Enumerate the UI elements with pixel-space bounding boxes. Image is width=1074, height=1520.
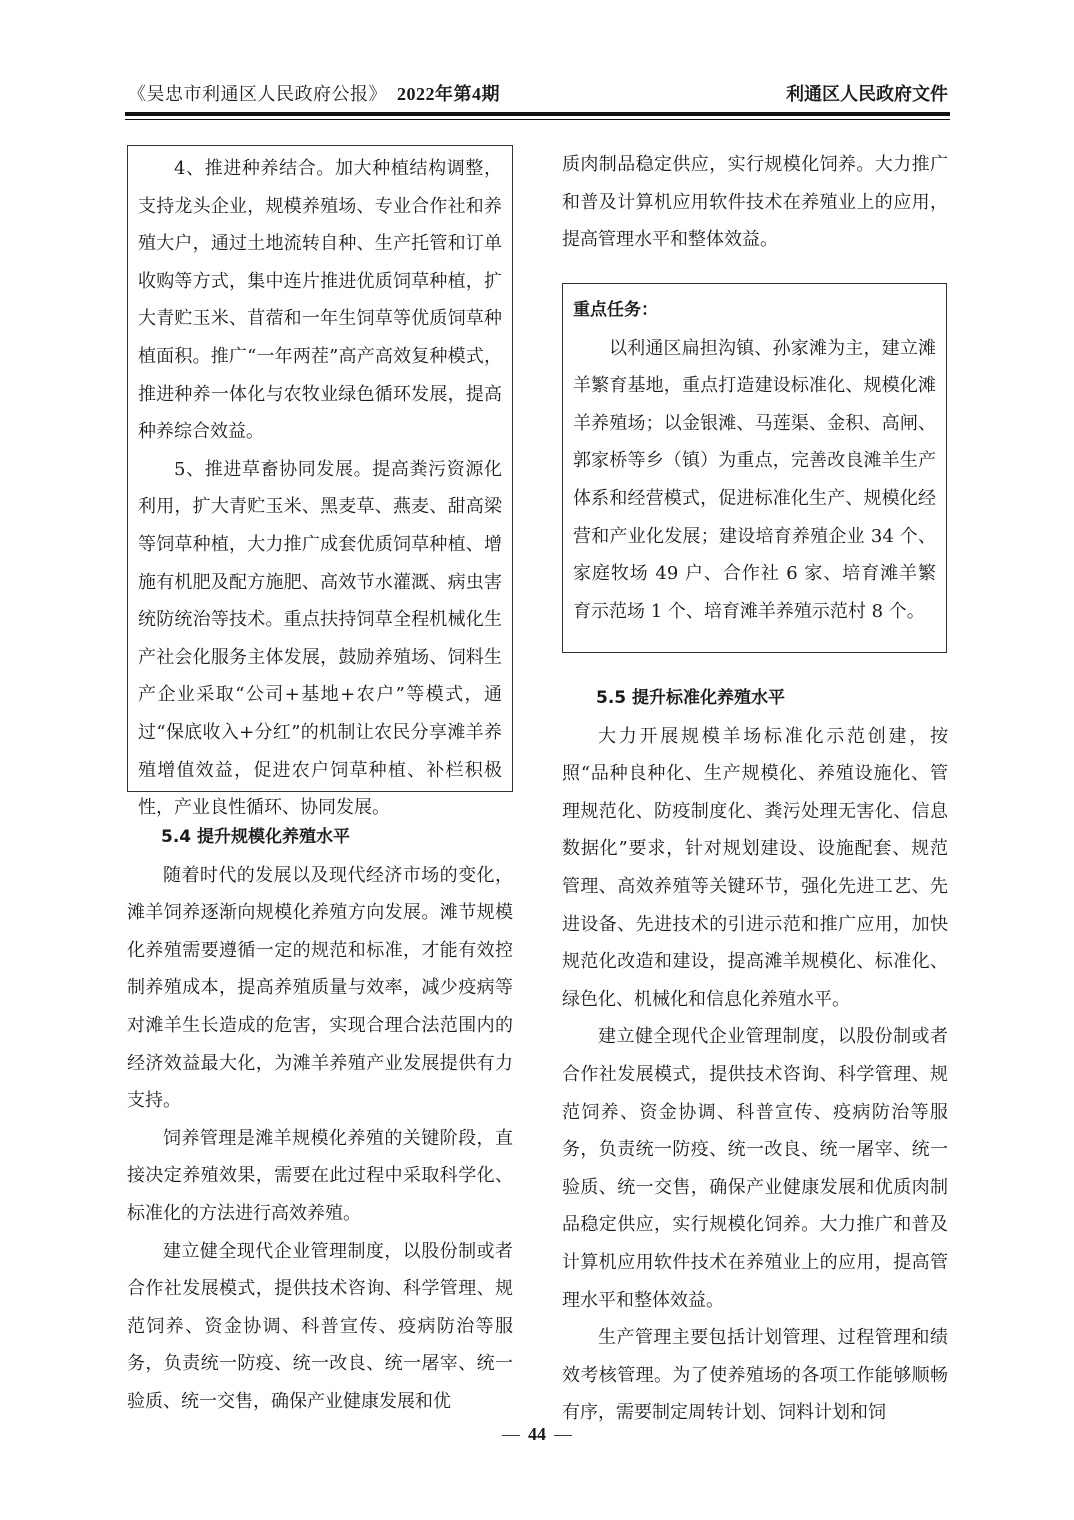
right-column-continuation: 质肉制品稳定供应，实行规模化饲养。大力推广和普及计算机应用软件技术在养殖业上的应… [562,146,948,259]
running-header: 《吴忠市利通区人民政府公报》2022年第4期 利通区人民政府文件 [128,76,948,112]
left-boxed-text: 4、推进种养结合。加大种植结构调整，支持龙头企业，规模养殖场、专业合作社和养殖大… [127,145,513,792]
body-paragraph-continued: 质肉制品稳定供应，实行规模化饲养。大力推广和普及计算机应用软件技术在养殖业上的应… [562,146,948,259]
key-tasks-title: 重点任务： [573,292,936,330]
issue-number: 2022年第4期 [397,84,500,104]
dash-right: — [554,1424,572,1444]
body-paragraph: 随着时代的发展以及现代经济市场的变化，滩羊饲养逐渐向规模化养殖方向发展。滩节规模… [127,857,513,1120]
section-heading-5-4: 5.4 提升规模化养殖水平 [127,819,513,857]
box-paragraph: 4、推进种养结合。加大种植结构调整，支持龙头企业，规模养殖场、专业合作社和养殖大… [138,150,502,451]
body-paragraph: 建立健全现代企业管理制度，以股份制或者合作社发展模式，提供技术咨询、科学管理、规… [562,1018,948,1319]
header-rule-thick [125,112,950,116]
body-paragraph: 大力开展规模羊场标准化示范创建，按照“品种良种化、生产规模化、养殖设施化、管理规… [562,718,948,1019]
left-column-body: 5.4 提升规模化养殖水平 随着时代的发展以及现代经济市场的变化，滩羊饲养逐渐向… [127,819,513,1421]
body-paragraph: 建立健全现代企业管理制度，以股份制或者合作社发展模式，提供技术咨询、科学管理、规… [127,1233,513,1421]
body-paragraph: 生产管理主要包括计划管理、过程管理和绩效考核管理。为了使养殖场的各项工作能够顺畅… [562,1319,948,1432]
section-label: 利通区人民政府文件 [786,80,948,106]
key-tasks-box: 重点任务： 以利通区扁担沟镇、孙家滩为主，建立滩羊繁育基地，重点打造建设标准化、… [562,283,947,653]
page-number: 44 [528,1424,546,1444]
dash-left: — [502,1424,520,1444]
page-footer: —44— [0,1424,1074,1445]
body-paragraph: 饲养管理是滩羊规模化养殖的关键阶段，直接决定养殖效果，需要在此过程中采取科学化、… [127,1120,513,1233]
section-heading-5-5: 5.5 提升标准化养殖水平 [562,680,948,718]
box-paragraph: 5、推进草畜协同发展。提高粪污资源化利用，扩大青贮玉米、黑麦草、燕麦、甜高梁等饲… [138,451,502,827]
key-tasks-paragraph: 以利通区扁担沟镇、孙家滩为主，建立滩羊繁育基地，重点打造建设标准化、规模化滩羊养… [573,330,936,631]
publication-title: 《吴忠市利通区人民政府公报》2022年第4期 [128,80,500,106]
right-column-body: 5.5 提升标准化养殖水平 大力开展规模羊场标准化示范创建，按照“品种良种化、生… [562,680,948,1432]
publication-name: 《吴忠市利通区人民政府公报》 [128,84,387,105]
header-rule-thin [125,119,950,120]
